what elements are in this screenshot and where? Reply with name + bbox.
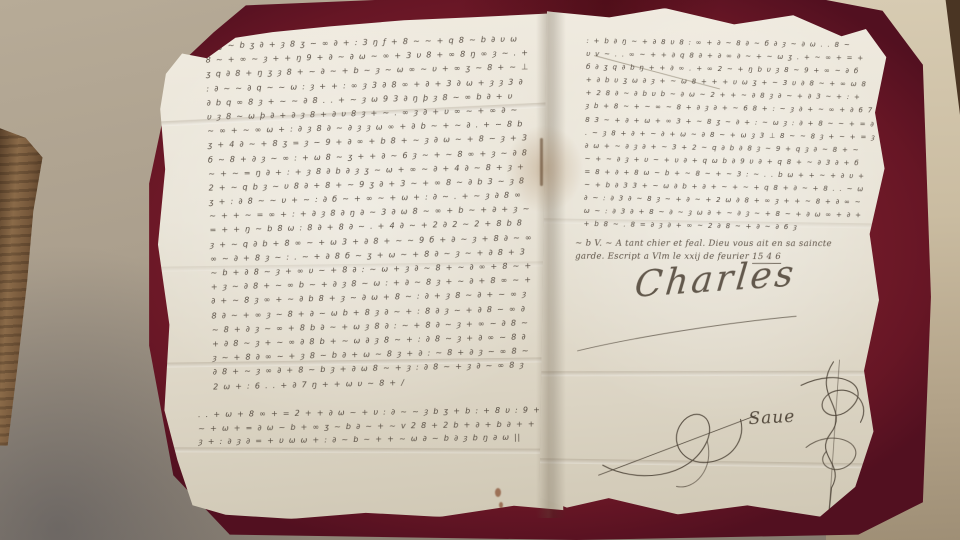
secretary-signature: Saue	[748, 407, 796, 430]
closing-line: ~ b V. ~ A tant chier et feal. Dieu vous…	[575, 239, 832, 252]
old-book-spine	[0, 127, 44, 446]
center-fold-shadow	[536, 12, 566, 518]
crease-line	[541, 371, 888, 377]
signature-cross-stroke-icon	[571, 307, 802, 371]
rust-spot	[499, 502, 503, 508]
ink-stain-mark	[540, 138, 543, 186]
crease-line	[540, 458, 887, 468]
cipher-text-block-right: : + b ∂ ŋ ~ + ∂ 8 υ 8 : ∞ + ∂ ~ 8 ∂ ~ б …	[583, 37, 862, 238]
postscript-cipher-block: . . + ω + 8 ∞ + = 2 + + ∂ ω ~ + υ : ∂ ~ …	[198, 405, 551, 451]
manuscript-right-page: : + b ∂ ŋ ~ + ∂ 8 υ 8 : ∞ + ∂ ~ 8 ∂ ~ б …	[539, 6, 894, 517]
manuscript-left-page: ⊥ ŋ ~ b ʒ ∂ + ȝ 8 ʒ ~ ∞ ∂ + : 3 ŋ ƒ + 8 …	[145, 13, 564, 521]
rust-spot	[495, 488, 501, 497]
photograph-of-encrypted-letter: ⊥ ŋ ~ b ʒ ∂ + ȝ 8 ʒ ~ ∞ ∂ + : 3 ŋ ƒ + 8 …	[0, 0, 960, 540]
ink-stain	[505, 125, 583, 213]
cipher-text-block-left: ⊥ ŋ ~ b ʒ ∂ + ȝ 8 ʒ ~ ∞ ∂ + : 3 ŋ ƒ + 8 …	[205, 34, 547, 396]
